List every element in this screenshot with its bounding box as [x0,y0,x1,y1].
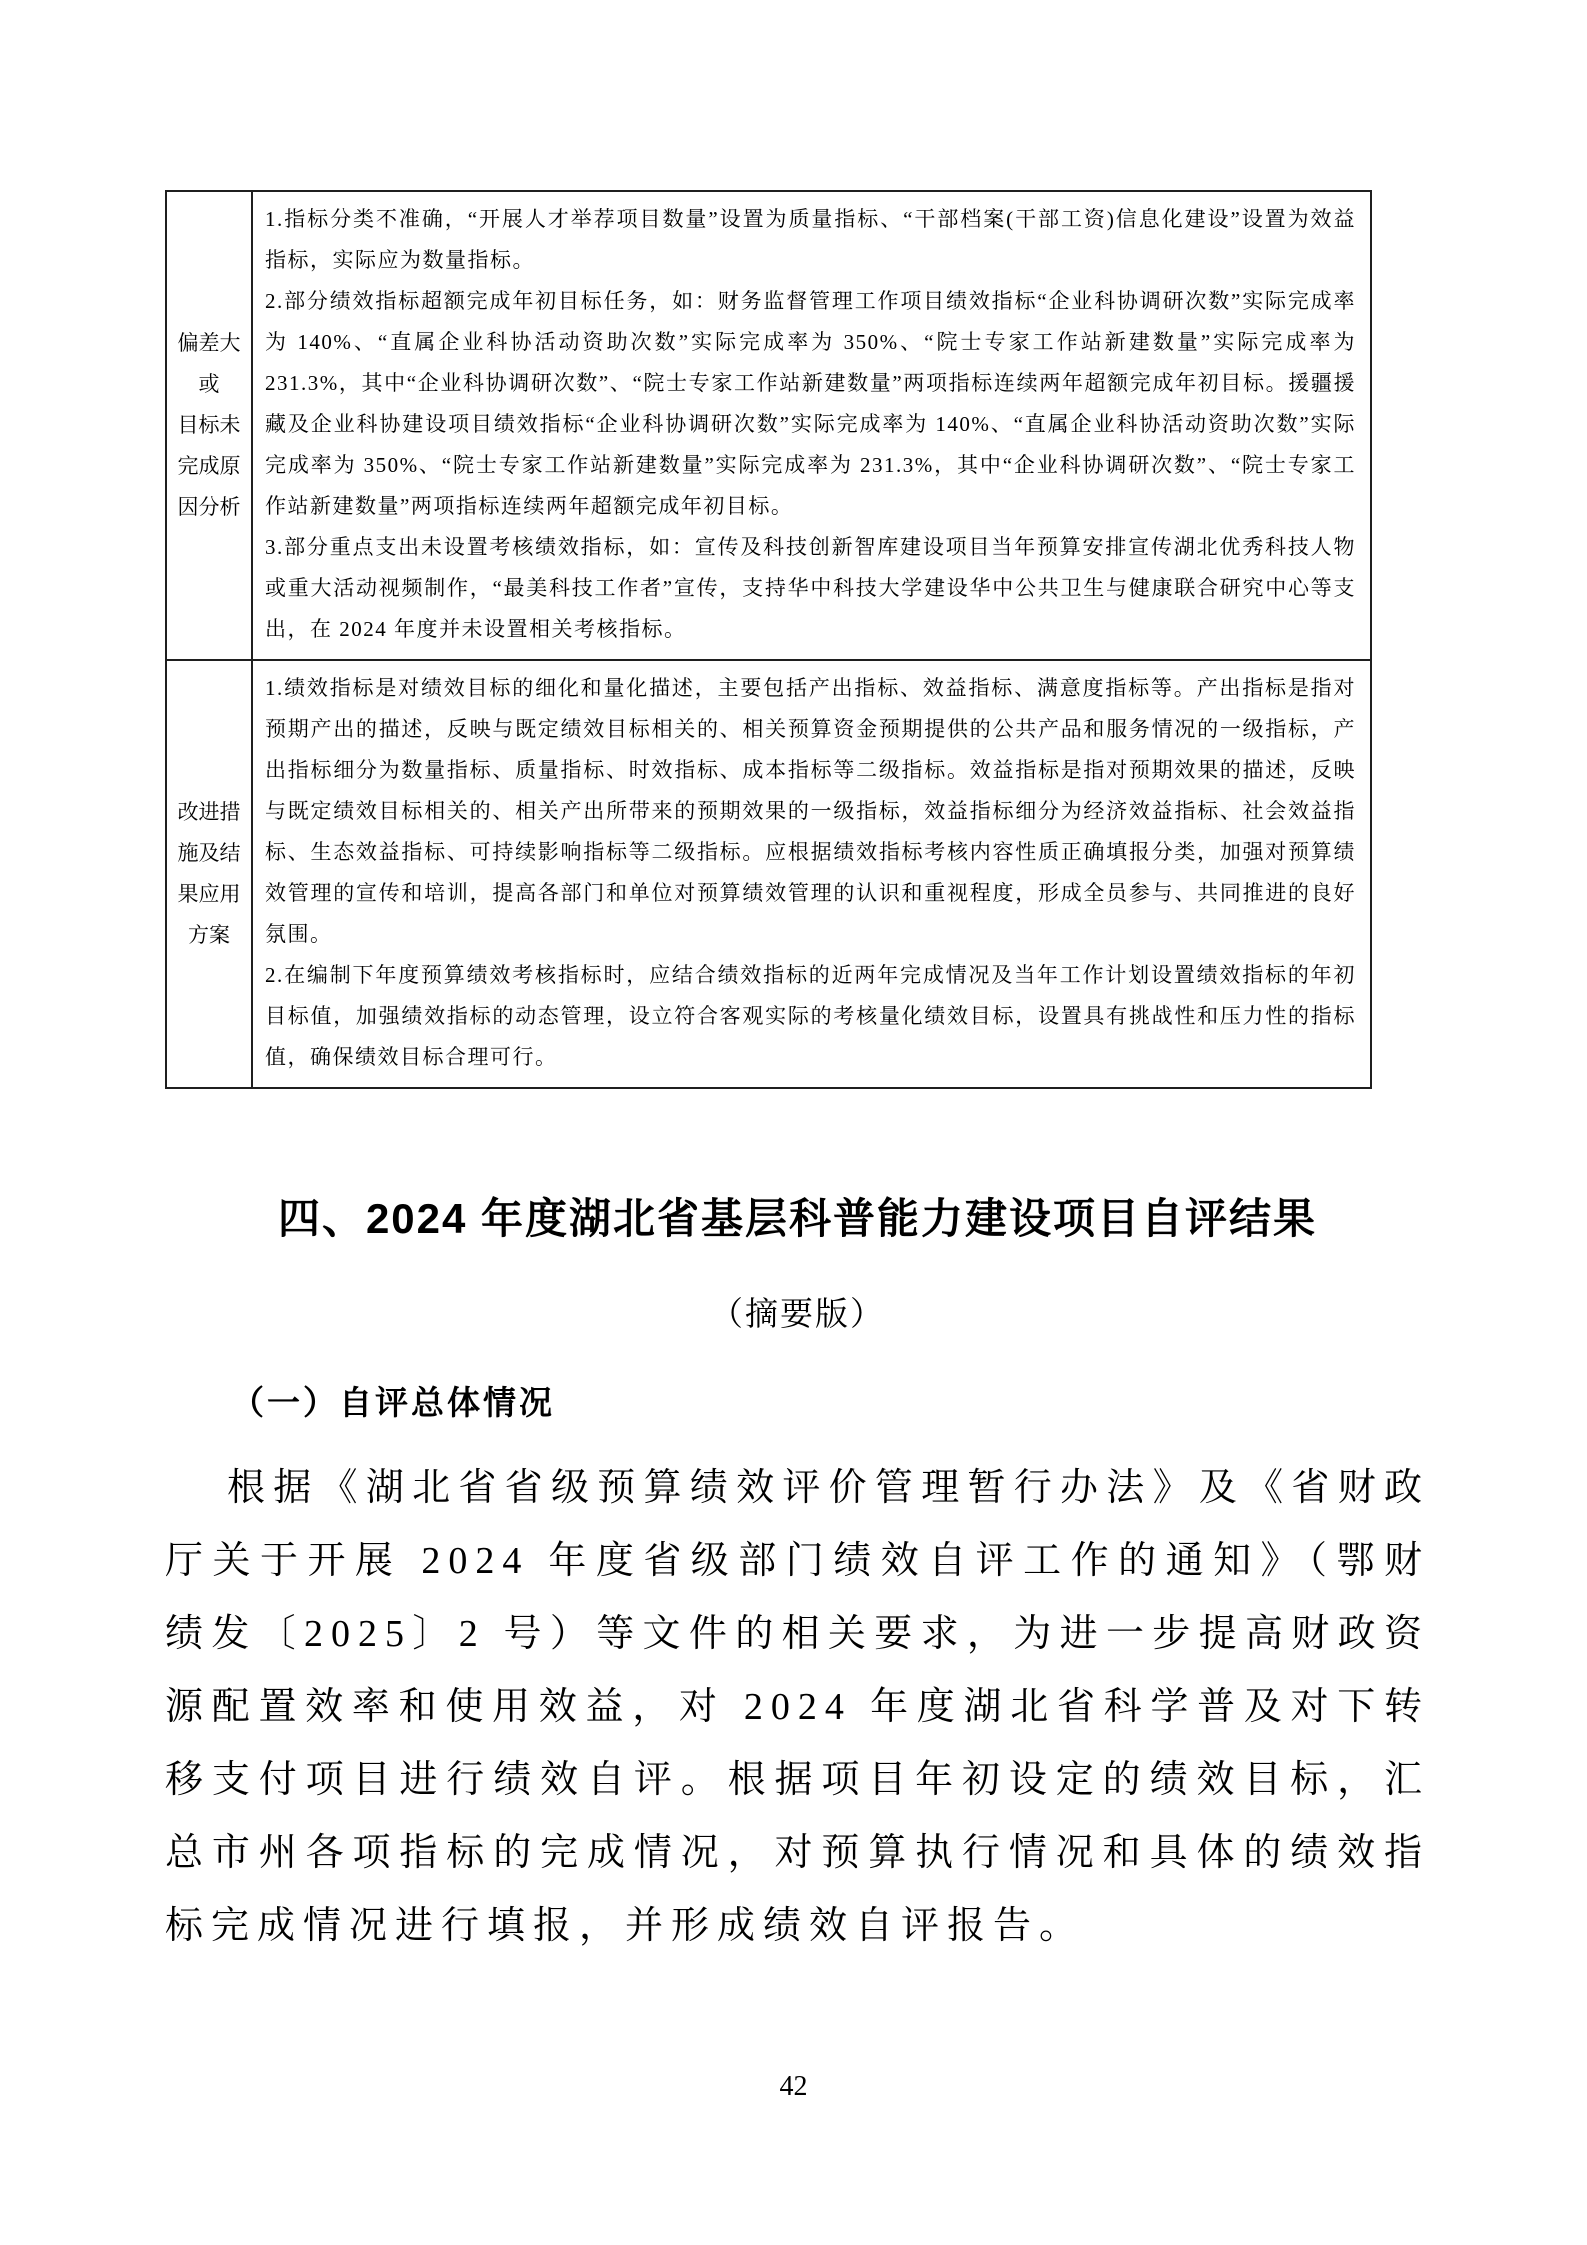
table-paragraph: 1.指标分类不准确，“开展人才举荐项目数量”设置为质量指标、“干部档案(干部工资… [265,199,1356,281]
page-number: 42 [0,2071,1587,2103]
chapter-subtitle: （摘要版） [165,1294,1430,1336]
section-title: （一）自评总体情况 [165,1382,1430,1426]
table-row: 改进措 施及结 果应用 方案 1.绩效指标是对绩效目标的细化和量化描述，主要包括… [166,660,1371,1088]
performance-evaluation-table: 偏差大 或 目标未 完成原 因分析 1.指标分类不准确，“开展人才举荐项目数量”… [165,190,1372,1089]
section-body-paragraph: 根据《湖北省省级预算绩效评价管理暂行办法》及《省财政厅关于开展 2024 年度省… [165,1452,1430,1963]
row-content-deviation-analysis: 1.指标分类不准确，“开展人才举荐项目数量”设置为质量指标、“干部档案(干部工资… [252,191,1371,660]
table-paragraph: 1.绩效指标是对绩效目标的细化和量化描述，主要包括产出指标、效益指标、满意度指标… [265,668,1356,955]
chapter-heading: 四、2024 年度湖北省基层科普能力建设项目自评结果 [165,1191,1430,1246]
row-content-improvement-measures: 1.绩效指标是对绩效目标的细化和量化描述，主要包括产出指标、效益指标、满意度指标… [252,660,1371,1088]
table-paragraph: 3.部分重点支出未设置考核绩效指标，如：宣传及科技创新智库建设项目当年预算安排宣… [265,527,1356,650]
table-paragraph: 2.在编制下年度预算绩效考核指标时，应结合绩效指标的近两年完成情况及当年工作计划… [265,955,1356,1078]
table-paragraph: 2.部分绩效指标超额完成年初目标任务，如：财务监督管理工作项目绩效指标“企业科协… [265,281,1356,527]
document-page: 偏差大 或 目标未 完成原 因分析 1.指标分类不准确，“开展人才举荐项目数量”… [0,0,1587,2245]
row-label-deviation-analysis: 偏差大 或 目标未 完成原 因分析 [166,191,252,660]
row-label-improvement-measures: 改进措 施及结 果应用 方案 [166,660,252,1088]
table-row: 偏差大 或 目标未 完成原 因分析 1.指标分类不准确，“开展人才举荐项目数量”… [166,191,1371,660]
